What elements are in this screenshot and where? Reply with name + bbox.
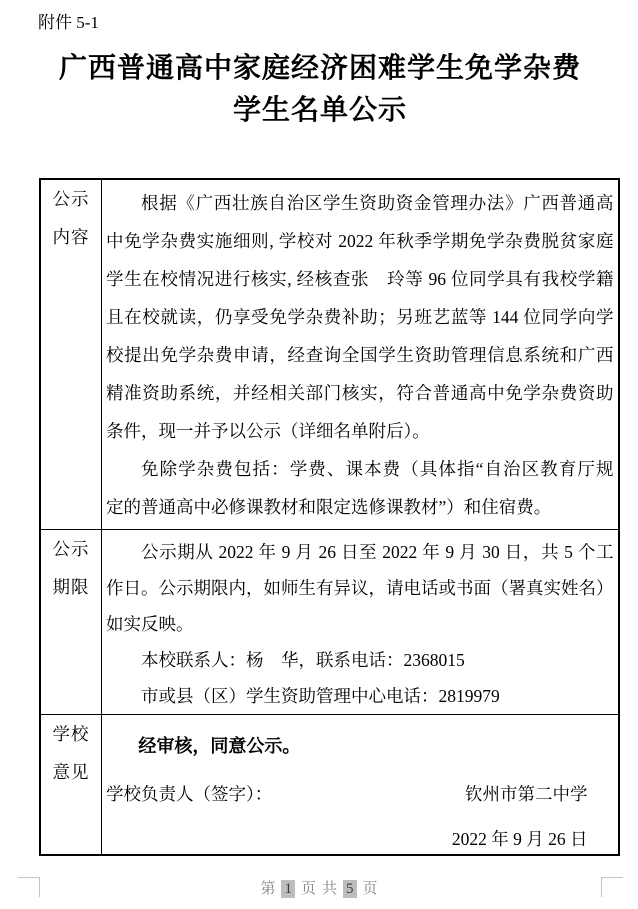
document-page: 附件 5-1 广西普通高中家庭经济困难学生免学杂费 学生名单公示 公示 内容 根… <box>0 0 638 909</box>
footer-text: 页 <box>363 881 378 897</box>
row-label-text: 期限 <box>41 568 101 606</box>
signer-line: 学校负责人（签字）： 钦州市第二中学 <box>106 779 614 809</box>
row-label-text: 学校 <box>41 715 101 753</box>
text-line: 且在校就读，仍享受免学杂费补助；另班艺蓝等 144 位同学向学 <box>106 298 614 336</box>
text-line: 条件，现一并予以公示（详细名单附后）。 <box>106 412 614 450</box>
table-row-school-opinion: 学校 意见 经审核，同意公示。 学校负责人（签字）： 钦州市第二中学 2022 … <box>40 714 619 855</box>
row-label-text: 公示 <box>41 180 101 218</box>
table-row-period: 公示 期限 公示期从 2022 年 9 月 26 日至 2022 年 9 月 3… <box>40 529 619 714</box>
row-label-text: 公示 <box>41 530 101 568</box>
date-line: 2022 年 9 月 26 日 <box>106 824 614 854</box>
approval-statement: 经审核，同意公示。 <box>106 729 614 763</box>
text-line: 学生在校情况进行核实, 经核查张 玲等 96 位同学具有我校学籍 <box>106 260 614 298</box>
row-label-content: 公示 内容 <box>40 179 102 529</box>
text-line: 本校联系人：杨 华，联系电话：2368015 <box>106 642 614 678</box>
content-cell: 经审核，同意公示。 学校负责人（签字）： 钦州市第二中学 2022 年 9 月 … <box>102 714 619 855</box>
text-line: 定的普通高中必修课教材和限定选修课教材”）和住宿费。 <box>106 488 614 526</box>
text-line: 公示期从 2022 年 9 月 26 日至 2022 年 9 月 30 日，共 … <box>106 534 614 570</box>
page-footer: 第1页共5页 <box>0 879 638 899</box>
text-line: 精准资助系统，并经相关部门核实，符合普通高中免学杂费资助 <box>106 374 614 412</box>
text-line: 免除学杂费包括：学费、课本费（具体指“自治区教育厅规 <box>106 450 614 488</box>
page-title: 广西普通高中家庭经济困难学生免学杂费 学生名单公示 <box>39 47 601 131</box>
notice-table: 公示 内容 根据《广西壮族自治区学生资助资金管理办法》广西普通高 中免学杂费实施… <box>39 178 620 856</box>
signer-label: 学校负责人（签字）： <box>106 779 272 809</box>
text-line: 根据《广西壮族自治区学生资助资金管理办法》广西普通高 <box>106 184 614 222</box>
attachment-label: 附件 5-1 <box>38 8 99 33</box>
text-line: 中免学杂费实施细则, 学校对 2022 年秋季学期免学杂费脱贫家庭 <box>106 222 614 260</box>
footer-text: 页 <box>301 881 316 897</box>
table-row-content: 公示 内容 根据《广西壮族自治区学生资助资金管理办法》广西普通高 中免学杂费实施… <box>40 179 619 529</box>
row-label-text: 意见 <box>41 753 101 791</box>
row-label-school-opinion: 学校 意见 <box>40 714 102 855</box>
footer-text: 共 <box>322 881 337 897</box>
row-label-period: 公示 期限 <box>40 529 102 714</box>
page-title-line2: 学生名单公示 <box>39 89 601 131</box>
school-name: 钦州市第二中学 <box>465 779 588 809</box>
content-cell: 根据《广西壮族自治区学生资助资金管理办法》广西普通高 中免学杂费实施细则, 学校… <box>102 179 619 529</box>
text-line: 市或县（区）学生资助管理中心电话：2819979 <box>106 678 614 714</box>
text-line: 如实反映。 <box>106 606 614 642</box>
text-line: 作日。公示期限内，如师生有异议，请电话或书面（署真实姓名） <box>106 570 614 606</box>
text-line: 校提出免学杂费申请，经查询全国学生资助管理信息系统和广西 <box>106 336 614 374</box>
page-number-field: 1 <box>281 880 295 898</box>
row-label-text: 内容 <box>41 218 101 256</box>
page-title-line1: 广西普通高中家庭经济困难学生免学杂费 <box>39 47 601 89</box>
content-cell: 公示期从 2022 年 9 月 26 日至 2022 年 9 月 30 日，共 … <box>102 529 619 714</box>
footer-text: 第 <box>260 881 275 897</box>
total-pages-field: 5 <box>343 880 357 898</box>
